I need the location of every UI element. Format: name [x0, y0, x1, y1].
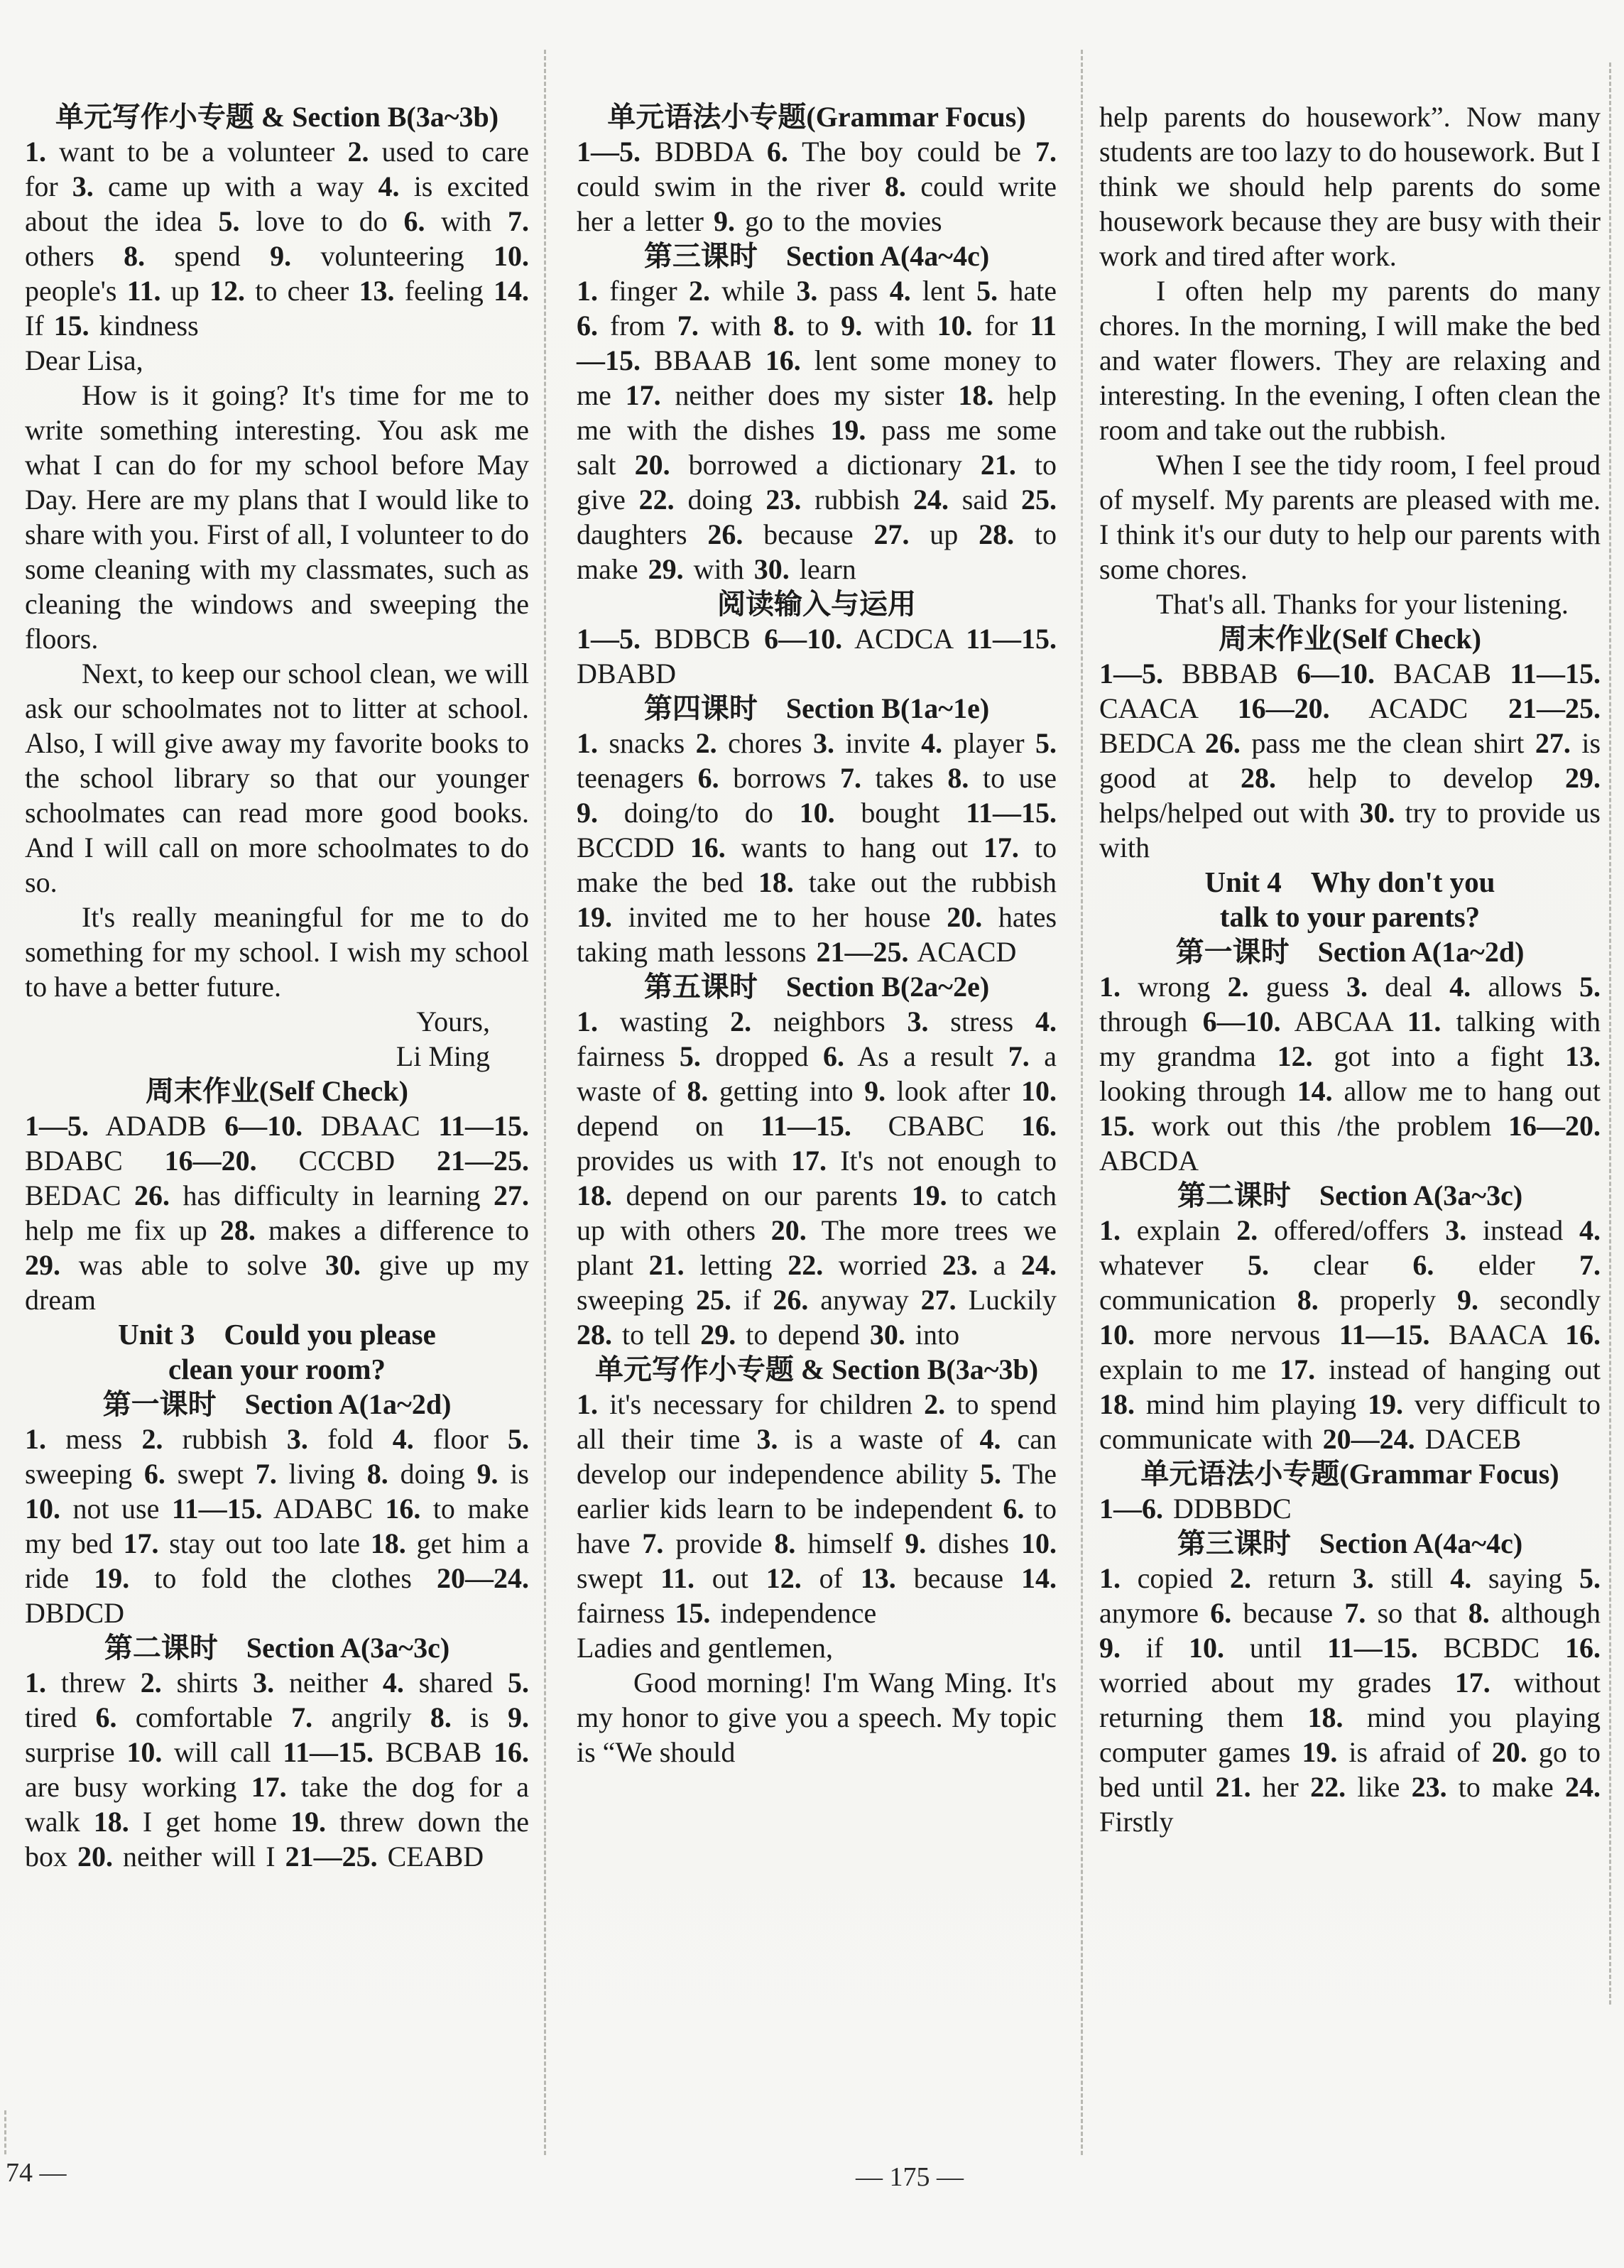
answer-block: 1. explain 2. offered/offers 3. instead …	[1099, 1213, 1601, 1456]
section-heading: 周末作业(Self Check)	[1099, 621, 1601, 656]
section-heading: 第二课时 Section A(3a~3c)	[1099, 1178, 1601, 1213]
answer-block: 1. wrong 2. guess 3. deal 4. allows 5. t…	[1099, 969, 1601, 1178]
essay-paragraph: When I see the tidy room, I feel proud o…	[1099, 447, 1601, 587]
salutation-line: Ladies and gentlemen,	[577, 1630, 1057, 1665]
answer-block: 1—5. ADADB 6—10. DBAAC 11—15. BDABC 16—2…	[25, 1108, 529, 1317]
section-heading: 第一课时 Section A(1a~2d)	[1099, 934, 1601, 969]
section-heading: 阅读输入与运用	[577, 587, 1057, 621]
column-center: 单元语法小专题(Grammar Focus)1—5. BDBDA 6. The …	[577, 99, 1057, 1770]
column-right: help parents do housework”. Now many stu…	[1099, 99, 1601, 1839]
section-heading: 第三课时 Section A(4a~4c)	[577, 239, 1057, 273]
section-heading: 第二课时 Section A(3a~3c)	[25, 1630, 529, 1665]
section-heading: 第五课时 Section B(2a~2e)	[577, 969, 1057, 1004]
answer-block: 1—5. BDBDA 6. The boy could be 7. could …	[577, 134, 1057, 239]
answer-key-page: 单元写作小专题 & Section B(3a~3b)1. want to be …	[0, 0, 1624, 2268]
answer-block: 1. want to be a volunteer 2. used to car…	[25, 134, 529, 343]
letter-signature: Li Ming	[25, 1039, 529, 1074]
letter-signature: Yours,	[25, 1004, 529, 1039]
section-heading: 单元语法小专题(Grammar Focus)	[577, 99, 1057, 134]
section-heading: 周末作业(Self Check)	[25, 1074, 529, 1108]
section-heading: 第四课时 Section B(1a~1e)	[577, 691, 1057, 726]
column-separator-right	[1081, 50, 1083, 2155]
column-separator-left	[544, 50, 546, 2155]
page-edge-dashed-line	[1609, 62, 1611, 2005]
essay-paragraph: Good morning! I'm Wang Ming. It's my hon…	[577, 1665, 1057, 1770]
answer-block: 1. finger 2. while 3. pass 4. lent 5. ha…	[577, 273, 1057, 587]
column-left: 单元写作小专题 & Section B(3a~3b)1. want to be …	[25, 99, 529, 1874]
essay-paragraph: How is it going? It's time for me to wri…	[25, 378, 529, 656]
page-number-left: 74 —	[6, 2157, 67, 2188]
answer-block: 1. mess 2. rubbish 3. fold 4. floor 5. s…	[25, 1422, 529, 1630]
essay-paragraph-continued: help parents do housework”. Now many stu…	[1099, 99, 1601, 273]
section-heading: 单元写作小专题 & Section B(3a~3b)	[25, 99, 529, 134]
essay-paragraph: I often help my parents do many chores. …	[1099, 273, 1601, 447]
answer-block: 1—5. BBBAB 6—10. BACAB 11—15. CAACA 16—2…	[1099, 656, 1601, 865]
answer-block: 1—5. BDBCB 6—10. ACDCA 11—15. DBABD	[577, 621, 1057, 691]
unit-title: Unit 4 Why don't you talk to your parent…	[1099, 865, 1601, 934]
answer-block: 1. copied 2. return 3. still 4. saying 5…	[1099, 1561, 1601, 1839]
section-heading: 单元写作小专题 & Section B(3a~3b)	[577, 1352, 1057, 1387]
answer-block: 1—6. DDBBDC	[1099, 1491, 1601, 1526]
salutation-line: Dear Lisa,	[25, 343, 529, 378]
page-edge-fragment	[4, 2110, 6, 2154]
answer-block: 1. threw 2. shirts 3. neither 4. shared …	[25, 1665, 529, 1874]
section-heading: 单元语法小专题(Grammar Focus)	[1099, 1456, 1601, 1491]
answer-block: 1. snacks 2. chores 3. invite 4. player …	[577, 726, 1057, 969]
section-heading: 第一课时 Section A(1a~2d)	[25, 1387, 529, 1422]
essay-paragraph: It's really meaningful for me to do some…	[25, 900, 529, 1004]
essay-paragraph: That's all. Thanks for your listening.	[1099, 587, 1601, 621]
unit-title: Unit 3 Could you please clean your room?	[25, 1317, 529, 1387]
answer-block: 1. wasting 2. neighbors 3. stress 4. fai…	[577, 1004, 1057, 1352]
answer-block: 1. it's necessary for children 2. to spe…	[577, 1387, 1057, 1630]
essay-paragraph: Next, to keep our school clean, we will …	[25, 656, 529, 900]
section-heading: 第三课时 Section A(4a~4c)	[1099, 1526, 1601, 1561]
page-number-center: — 175 —	[856, 2161, 964, 2193]
